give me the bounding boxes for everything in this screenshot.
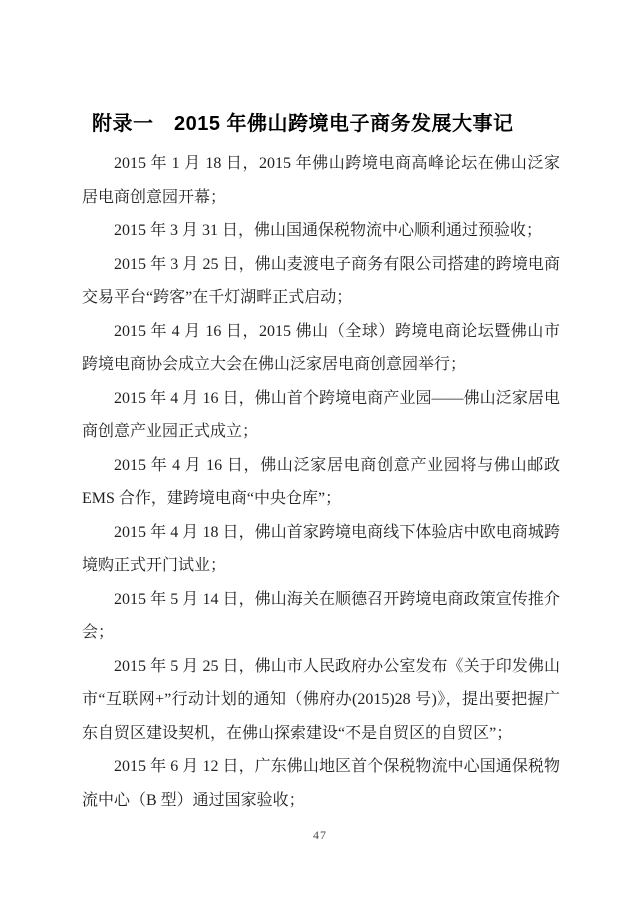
paragraph: 2015 年 6 月 12 日，广东佛山地区首个保税物流中心国通保税物流中心（B… bbox=[82, 750, 560, 817]
document-page: 附录一 2015 年佛山跨境电子商务发展大事记 2015 年 1 月 18 日，… bbox=[0, 0, 640, 905]
paragraph: 2015 年 4 月 16 日，佛山泛家居电商创意产业园将与佛山邮政 EMS 合… bbox=[82, 449, 560, 516]
paragraph: 2015 年 5 月 25 日，佛山市人民政府办公室发布《关于印发佛山市“互联网… bbox=[82, 650, 560, 751]
page-title: 附录一 2015 年佛山跨境电子商务发展大事记 bbox=[92, 110, 592, 138]
page-number: 47 bbox=[0, 828, 640, 843]
paragraph: 2015 年 5 月 14 日，佛山海关在顺德召开跨境电商政策宣传推介会； bbox=[82, 583, 560, 650]
paragraph: 2015 年 4 月 16 日，佛山首个跨境电商产业园——佛山泛家居电商创意产业… bbox=[82, 382, 560, 449]
document-body: 2015 年 1 月 18 日，2015 年佛山跨境电商高峰论坛在佛山泛家居电商… bbox=[82, 147, 560, 817]
paragraph: 2015 年 3 月 25 日，佛山麦渡电子商务有限公司搭建的跨境电商交易平台“… bbox=[82, 248, 560, 315]
paragraph: 2015 年 4 月 16 日，2015 佛山（全球）跨境电商论坛暨佛山市跨境电… bbox=[82, 315, 560, 382]
paragraph: 2015 年 1 月 18 日，2015 年佛山跨境电商高峰论坛在佛山泛家居电商… bbox=[82, 147, 560, 214]
paragraph: 2015 年 3 月 31 日，佛山国通保税物流中心顺利通过预验收； bbox=[82, 214, 560, 248]
paragraph: 2015 年 4 月 18 日，佛山首家跨境电商线下体验店中欧电商城跨境购正式开… bbox=[82, 516, 560, 583]
